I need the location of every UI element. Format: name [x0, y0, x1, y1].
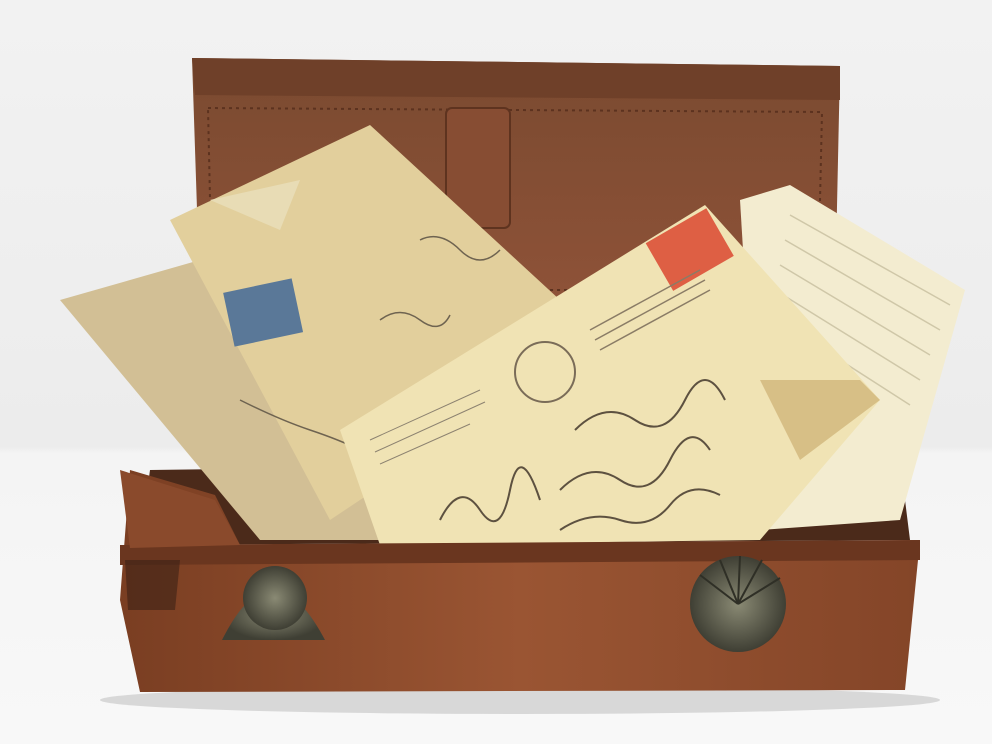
- clasp-right: [690, 556, 786, 652]
- leather-box-photo: [0, 0, 992, 744]
- photo-scene: Antique leather box filled with old enve…: [0, 0, 992, 744]
